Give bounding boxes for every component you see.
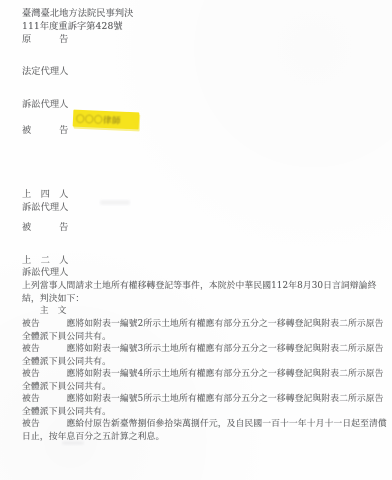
ruling-line: 被告 應將如附表一編號3所示土地所有權應有部分五分之一移轉登記與附表二所示原告 — [22, 343, 384, 356]
ruling-line: 全體派下員公同共有。 — [22, 356, 111, 369]
label-legal-representative: 法定代理人 — [22, 66, 68, 79]
court-title: 臺灣臺北地方法院民事判決 — [22, 8, 133, 21]
judgment-scan-page: 臺灣臺北地方法院民事判決 111年度重訴字第428號 原 告 法定代理人 訴訟代… — [0, 0, 392, 480]
ruling-line: 全體派下員公同共有。 — [22, 331, 111, 344]
label-defendant-1: 被 告 — [22, 125, 68, 138]
scan-smudge — [62, 441, 84, 445]
highlighted-lawyer-name-text: 〇〇〇律師 — [76, 112, 121, 126]
label-above-four-persons: 上 四 人 — [22, 189, 68, 202]
intro-line-2: 結，判決如下： — [22, 293, 84, 306]
ruling-line: 被告 應給付原告新臺幣捌佰參拾柒萬捌仟元，及自民國一百十一年十月十一日起至清償 — [22, 418, 387, 431]
ruling-line: 日止，按年息百分之五計算之利息。 — [22, 431, 164, 444]
case-number: 111年度重訴字第428號 — [22, 21, 123, 34]
ruling-line: 被告 應將如附表一編號4所示土地所有權應有部分五分之一移轉登記與附表二所示原告 — [22, 368, 384, 381]
main-text-heading: 主 文 — [22, 305, 67, 318]
highlighted-lawyer-name: 〇〇〇律師 — [73, 110, 140, 130]
label-counsel-1: 訴訟代理人 — [22, 99, 68, 112]
intro-line-1: 上列當事人間請求土地所有權移轉登記等事件，本院於中華民國112年8月30日言詞辯… — [22, 280, 376, 293]
ruling-line: 被告 應將如附表一編號5所示土地所有權應有部分五分之一移轉登記與附表二所示原告 — [22, 393, 384, 406]
label-above-two-persons: 上 二 人 — [22, 255, 68, 268]
label-counsel-2: 訴訟代理人 — [22, 202, 68, 215]
ruling-line: 全體派下員公同共有。 — [22, 406, 111, 419]
ruling-line: 全體派下員公同共有。 — [22, 381, 111, 394]
label-counsel-3: 訴訟代理人 — [22, 267, 68, 280]
ruling-line: 被告 應將如附表一編號2所示土地所有權應有部分五分之一移轉登記與附表二所示原告 — [22, 318, 384, 331]
label-plaintiff: 原 告 — [22, 34, 68, 47]
label-defendant-2: 被 告 — [22, 222, 68, 235]
scan-smudge — [100, 200, 130, 205]
